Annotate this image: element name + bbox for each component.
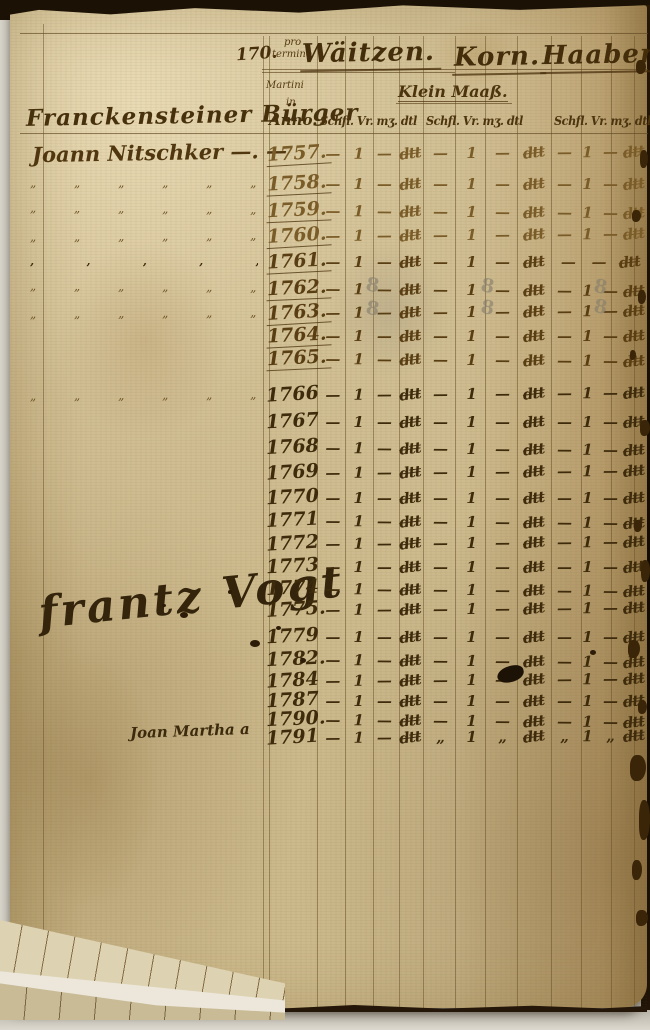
entry-token: 1 xyxy=(346,175,372,193)
entry-token: — xyxy=(599,462,622,480)
entry-token: — xyxy=(425,513,456,531)
ditto-abbrev: dtt xyxy=(621,488,646,509)
entry-token: — xyxy=(320,304,346,322)
entry-token: — xyxy=(320,280,346,298)
entry-token: 1 xyxy=(346,350,372,368)
grain-entry: —1—dtt xyxy=(425,670,549,689)
entry-token: — xyxy=(320,464,346,482)
year-value: 1771 xyxy=(266,508,320,532)
ditto-abbrev: dtt xyxy=(621,725,646,746)
ditto-abbrev: dtt xyxy=(517,301,550,323)
entry-token: — xyxy=(487,327,518,345)
grain-entry: —1—dtt xyxy=(320,175,423,193)
term-note-pro: pro xyxy=(284,37,301,48)
entry-token: — xyxy=(425,327,456,345)
ditto-abbrev: dtt xyxy=(396,349,424,370)
ditto-marks: „ „ „ „ „ „ „ xyxy=(30,228,258,244)
entry-token: 1 xyxy=(346,558,372,576)
entry-token: — xyxy=(320,175,346,193)
entry-token: — xyxy=(320,413,346,431)
grain-entry: —1—dtt xyxy=(320,651,423,670)
ditto-abbrev: dtt xyxy=(396,533,424,554)
entry-token: — xyxy=(599,327,622,345)
ditto-abbrev: dtt xyxy=(396,201,424,222)
grain-entry: —1—dtt xyxy=(553,384,645,403)
entry-token: — xyxy=(425,413,456,431)
ink-speck xyxy=(300,658,306,663)
ditto-abbrev: dtt xyxy=(517,325,550,347)
ditto-abbrev: dtt xyxy=(517,556,550,578)
grain-entry: —1—dtt xyxy=(320,439,423,458)
grain-entry: —1—dtt xyxy=(320,580,423,599)
year-value: 1772 xyxy=(265,531,319,556)
entry-token: — xyxy=(320,672,346,690)
entry-token: — xyxy=(487,440,518,458)
grain-entry: —1—dtt xyxy=(553,225,645,244)
entry-token: — xyxy=(553,143,576,161)
grain-entry: —1—dtt xyxy=(320,202,423,221)
grain-entry: —1—dtt xyxy=(425,351,549,370)
entry-token: — xyxy=(320,145,346,163)
entry-token: — xyxy=(425,463,456,481)
entry-token: — xyxy=(599,628,622,646)
entry-token: — xyxy=(599,441,622,459)
entry-token: — xyxy=(487,513,518,531)
sub-header-klein-maass: Klein Maaß. xyxy=(398,82,508,102)
torn-edge-bit xyxy=(636,910,648,926)
entry-token: 1 xyxy=(346,512,372,530)
ink-speck xyxy=(228,590,232,594)
grain-entry: —1—dtt xyxy=(553,462,645,481)
entry-token: 1 xyxy=(346,464,372,482)
grain-entry: —1—dtt xyxy=(320,671,423,690)
entry-token: 1 xyxy=(346,253,372,271)
ditto-marks: „ „ „ „ „ „ „ „ xyxy=(30,387,258,403)
entry-token: 1 xyxy=(576,225,599,243)
entry-token: 1 xyxy=(456,692,487,710)
entry-token: — xyxy=(371,144,397,162)
ledger-row: „ „ „ „ „ „ „1758.—1—dtt—1—dtt—1—dtt xyxy=(0,172,650,196)
entry-token: — xyxy=(372,253,398,271)
entry-token: — xyxy=(320,350,346,368)
ditto-abbrev: dtt xyxy=(517,411,550,433)
ink-speck xyxy=(162,604,166,607)
entry-token: — xyxy=(320,729,346,747)
entry-token: 1 xyxy=(346,601,372,619)
horizontal-rule xyxy=(20,33,648,34)
grain-entry: —1—dtt xyxy=(425,384,549,403)
ditto-abbrev: dtt xyxy=(396,173,424,194)
entry-token: — xyxy=(371,600,397,618)
entry-token: — xyxy=(320,327,346,345)
entry-token: — xyxy=(599,225,622,243)
entry-token: — xyxy=(599,204,622,222)
grain-entry: —1—dtt xyxy=(553,670,645,689)
ledger-row: 1779—1—dtt—1—dtt—1—dtt xyxy=(0,625,650,649)
measure-header-wheat: Schfl. Vr. mʒ. dtl xyxy=(320,114,417,128)
entry-token: 1 xyxy=(576,204,599,222)
entry-token: 1 xyxy=(576,670,599,688)
entry-token: — xyxy=(553,282,576,300)
entry-token: — xyxy=(599,692,622,710)
entry-token: — xyxy=(425,692,456,710)
entry-token: — xyxy=(553,384,576,402)
entry-token: — xyxy=(372,327,398,345)
entry-token: 1 xyxy=(456,558,487,576)
entry-token: — xyxy=(599,143,622,161)
scanned-ledger-page: 170. pro termino Martini in Wäitzen. Kor… xyxy=(0,0,650,1030)
entry-token: — xyxy=(553,462,576,480)
entry-token: — xyxy=(320,439,346,457)
year-value: 1767 xyxy=(265,409,319,434)
entry-token: 1 xyxy=(456,413,487,431)
ditto-abbrev: dtt xyxy=(517,251,550,273)
ditto-abbrev: dtt xyxy=(396,325,424,346)
entry-token: — xyxy=(487,558,518,576)
grain-entry: —1—dtt xyxy=(425,599,549,618)
grain-entry: —1—dtt xyxy=(320,600,423,619)
ditto-abbrev: dtt xyxy=(396,670,424,691)
entry-token: — xyxy=(372,413,398,431)
column-header-wheat: Wäitzen. xyxy=(300,37,441,72)
entry-token: — xyxy=(371,350,397,368)
ledger-row: 1791—1—dtt„1„dtt„1„dtt xyxy=(0,724,650,753)
grain-entry: —1—dtt8 xyxy=(553,302,645,321)
entry-token: 1 xyxy=(456,327,487,345)
ditto-abbrev: dtt xyxy=(517,461,550,483)
entry-token: — xyxy=(599,352,622,370)
grain-entry: —1—dtt xyxy=(553,558,645,576)
entry-token: — xyxy=(553,670,576,688)
entry-token: — xyxy=(320,227,346,245)
grain-entry: —1—dtt xyxy=(320,226,423,245)
entry-token: — xyxy=(371,728,397,746)
entry-token: — xyxy=(425,534,456,552)
entry-token: — xyxy=(425,671,456,689)
ditto-abbrev: dtt xyxy=(396,727,424,748)
grain-entry: —1—dtt xyxy=(553,413,645,431)
ditto-abbrev: dtt xyxy=(396,487,424,508)
ditto-abbrev: dtt xyxy=(396,462,424,483)
entry-token: — xyxy=(425,440,456,458)
entry-token: 1 xyxy=(456,226,487,244)
entry-token: — xyxy=(371,534,397,552)
entry-token: — xyxy=(371,463,397,481)
grain-entry: —1—dtt xyxy=(320,327,423,345)
ledger-row: 1770—1—dtt—1—dtt—1—dtt xyxy=(0,486,650,510)
ledger-row: 1767—1—dtt—1—dtt—1—dtt xyxy=(0,410,650,434)
ditto-abbrev: dtt xyxy=(621,531,646,552)
year-value: 1773 xyxy=(265,554,319,579)
ledger-row: 1757.—1—dtt—1—dtt—1—dtt xyxy=(0,140,650,169)
ledger-row: 1772—1—dtt—1—dtt—1—dtt xyxy=(0,530,650,559)
entry-token: — xyxy=(425,385,456,403)
anno-column-label: Anno. xyxy=(269,111,317,129)
entry-token: 1 xyxy=(456,175,487,193)
ditto-abbrev: dtt xyxy=(396,279,424,300)
entry-token: „ xyxy=(487,728,518,746)
ledger-row: 1775.—1—dtt—1—dtt—1—dtt xyxy=(0,596,650,625)
ditto-abbrev: dtt xyxy=(517,439,550,460)
grain-entry: —1—dtt xyxy=(553,175,645,193)
entry-token: — xyxy=(425,489,456,507)
entry-token: — xyxy=(371,385,397,403)
ditto-abbrev: dtt xyxy=(517,383,550,405)
grain-entry: —1—dtt xyxy=(425,203,549,222)
entry-token: — xyxy=(487,600,518,618)
grain-entry: —1—dtt xyxy=(320,253,423,271)
grain-entry: —1—dtt xyxy=(320,489,423,507)
entry-token: — xyxy=(320,580,346,598)
entry-token: — xyxy=(553,599,576,617)
ditto-marks: „ „ „ „ „ „ „ xyxy=(30,176,258,190)
entry-token: 1 xyxy=(576,327,599,345)
ledger-row: „ „ „ „ „ „ „ „1766—1—dtt—1—dtt—1—dtt xyxy=(0,381,650,410)
grain-entry: —1—dtt xyxy=(553,533,645,552)
ditto-marks: „ „ „ „ „ „ „ xyxy=(30,279,258,295)
entry-token: — xyxy=(425,351,456,369)
entry-token: „ xyxy=(425,728,456,746)
ledger-row: 1769—1—dtt—1—dtt—1—dtt xyxy=(0,459,650,488)
grain-entry: —1—dtt xyxy=(320,534,423,553)
column-header-oats: Haaber. xyxy=(540,39,650,74)
grain-entry: —1—dtt xyxy=(320,144,423,163)
entry-token: — xyxy=(320,601,346,619)
year-value: 1791 xyxy=(265,725,319,750)
entry-token: 1 xyxy=(346,672,372,690)
grain-entry: —1—dtt xyxy=(425,253,549,271)
torn-edge-bit xyxy=(639,800,650,840)
entry-token: 1 xyxy=(576,143,599,161)
grain-entry: —1—dtt xyxy=(425,489,549,507)
grain-entry: „1„dtt xyxy=(425,727,549,746)
ditto-abbrev: dtt xyxy=(517,142,550,164)
entry-token: — xyxy=(372,489,398,507)
year-value: 1775. xyxy=(265,596,326,621)
entry-token: 1 xyxy=(576,352,599,370)
entry-token: 1 xyxy=(576,175,599,193)
entry-token: 1 xyxy=(576,692,599,710)
ditto-abbrev: dtt xyxy=(396,511,424,532)
entry-token: 1 xyxy=(346,145,372,163)
ditto-abbrev: dtt xyxy=(517,726,550,748)
grain-entry: —1—dtt xyxy=(320,558,423,576)
entry-token: 1 xyxy=(576,462,599,480)
ditto-abbrev: dtt xyxy=(621,382,646,403)
entry-token: 1 xyxy=(576,384,599,402)
entry-token: „ xyxy=(553,727,576,745)
entry-token: 1 xyxy=(456,351,487,369)
horizontal-rule xyxy=(20,133,648,134)
ink-speck xyxy=(590,650,596,655)
entry-token: — xyxy=(425,558,456,576)
ditto-marks: „ „ „ „ „ „ „ xyxy=(30,305,258,321)
ditto-abbrev: dtt xyxy=(396,626,424,647)
grain-entry: —1—dtt xyxy=(425,628,549,646)
entry-token: — xyxy=(425,600,456,618)
grain-entry: —1—dtt xyxy=(425,413,549,431)
entry-token: — xyxy=(371,580,397,598)
ditto-marks: „ „ „ „ „ „ „ xyxy=(30,201,258,217)
grain-entry: —1—dtt xyxy=(553,599,645,618)
entry-token: 1 xyxy=(346,729,372,747)
entry-token: — xyxy=(599,384,622,402)
grain-entry: —1—dtt xyxy=(553,489,645,507)
folded-corner-pages xyxy=(0,898,285,1020)
ditto-abbrev: dtt xyxy=(396,143,424,164)
entry-token: „ xyxy=(599,727,622,745)
grain-entry: —1—dtt xyxy=(320,413,423,431)
entry-token: 1 xyxy=(346,628,372,646)
entry-token: — xyxy=(371,512,397,530)
entry-token: — xyxy=(553,558,576,576)
ditto-abbrev: dtt xyxy=(396,384,424,405)
grain-entry: —1—dtt xyxy=(320,385,423,404)
entry-token: — xyxy=(320,651,346,669)
entry-token: 1 xyxy=(576,413,599,431)
grain-entry: —1—dtt xyxy=(425,692,549,710)
entry-token: 1 xyxy=(576,599,599,617)
entry-token: — xyxy=(487,253,518,271)
grain-entry: —1—dtt xyxy=(425,143,549,162)
grain-entry: —1—dtt xyxy=(425,462,549,481)
column-header-rye: Korn. xyxy=(452,41,547,76)
ditto-abbrev: dtt xyxy=(517,280,550,301)
year-value: 1768 xyxy=(266,435,320,459)
horizontal-rule xyxy=(262,72,455,73)
entry-token: — xyxy=(425,175,456,193)
grain-entry: —1—dtt xyxy=(320,628,423,646)
entry-token: 1 xyxy=(456,600,487,618)
measure-header-rye: Schfl. Vr. mʒ. dtl xyxy=(426,114,543,128)
entry-token: — xyxy=(553,628,576,646)
entry-token: — xyxy=(599,533,622,551)
entry-token: — xyxy=(371,226,397,244)
entry-token: — xyxy=(372,175,398,193)
ditto-abbrev: dtt xyxy=(621,597,646,618)
entry-token: — xyxy=(320,558,346,576)
entry-token: — xyxy=(553,413,576,431)
grain-entry: —1—dtt8 xyxy=(320,280,423,299)
entry-token: — xyxy=(487,413,518,431)
grain-entry: —1—dtt xyxy=(553,327,645,345)
entry-token: — xyxy=(553,533,576,551)
ditto-abbrev: dtt xyxy=(517,173,550,195)
entry-token: — xyxy=(371,671,397,689)
entry-token: 1 xyxy=(346,327,372,345)
entry-token: — xyxy=(553,204,576,222)
entry-token: 1 xyxy=(456,253,487,271)
ditto-abbrev: dtt xyxy=(517,532,550,554)
entry-token: — xyxy=(599,175,622,193)
entry-token: — xyxy=(599,489,622,507)
grain-entry: ——dtt xyxy=(553,253,645,271)
entry-token: 1 xyxy=(346,386,372,404)
entry-token: 1 xyxy=(346,202,372,220)
ditto-abbrev: dtt xyxy=(396,251,424,272)
entry-token: — xyxy=(487,226,518,244)
entry-token: 1 xyxy=(346,413,372,431)
entry-token: — xyxy=(320,489,346,507)
entry-token: 1 xyxy=(576,628,599,646)
entry-token: — xyxy=(320,628,346,646)
ditto-abbrev: dtt xyxy=(396,599,424,620)
ditto-abbrev: dtt xyxy=(517,598,550,620)
entry-token: 1 xyxy=(456,440,487,458)
entry-token: — xyxy=(425,628,456,646)
entry-token: — xyxy=(320,386,346,404)
entry-token: 1 xyxy=(456,489,487,507)
term-note-martini: Martini xyxy=(266,80,304,91)
entry-token: — xyxy=(371,651,397,669)
entry-token: — xyxy=(425,203,456,221)
ink-speck xyxy=(250,640,260,647)
ditto-abbrev: dtt xyxy=(517,224,550,246)
ditto-abbrev: dtt xyxy=(517,202,550,223)
ditto-abbrev: dtt xyxy=(517,350,550,371)
entry-token: — xyxy=(425,144,456,162)
ditto-abbrev: dtt xyxy=(621,668,646,689)
grain-entry: —1—dtt xyxy=(425,327,549,345)
ditto-abbrev: dtt xyxy=(621,223,646,244)
entry-token: — xyxy=(553,225,576,243)
entry-token: 1 xyxy=(576,441,599,459)
grain-entry: —1—dtt xyxy=(553,143,645,162)
grain-entry: —1—dtt xyxy=(425,175,549,193)
grain-entry: —1—dtt xyxy=(425,558,549,576)
entry-token: — xyxy=(553,692,576,710)
grain-entry: —1—dtt xyxy=(425,513,549,532)
entry-token: — xyxy=(487,489,518,507)
grain-entry: —1—dtt xyxy=(320,728,423,747)
entry-token: — xyxy=(320,535,346,553)
entry-token: 1 xyxy=(576,489,599,507)
year-value: 1769 xyxy=(265,460,319,485)
entry-token: — xyxy=(599,670,622,688)
entry-token: 1 xyxy=(346,580,372,598)
entry-token: — xyxy=(487,534,518,552)
ledger-row: „ „ „ „ „ „ „1759.—1—dtt—1—dtt—1—dtt xyxy=(0,197,650,226)
entry-token: — xyxy=(599,413,622,431)
entry-token: 1 xyxy=(456,385,487,403)
ledger-row: ‚ ‚ ‚ ‚ ‚ ‚1761.—1—dtt—1—dtt——dtt xyxy=(0,250,650,274)
entry-token: — xyxy=(553,352,576,370)
year-value: 1779 xyxy=(265,624,319,649)
entry-token: — xyxy=(425,253,456,271)
torn-edge-bit xyxy=(632,860,642,880)
ledger-row: 1768—1—dtt—1—dtt—1—dtt xyxy=(0,434,650,463)
entry-token: 1 xyxy=(456,671,487,689)
ditto-abbrev: dtt xyxy=(621,440,646,461)
ditto-abbrev: dtt xyxy=(396,438,424,459)
entry-token: — xyxy=(487,144,518,162)
grain-entry: —1—dtt xyxy=(320,463,423,482)
entry-token: — xyxy=(553,441,576,459)
entry-token: — xyxy=(487,385,518,403)
entry-token: 1 xyxy=(346,439,372,457)
ditto-abbrev: dtt xyxy=(613,251,646,273)
grain-entry: —1—dtt8 xyxy=(425,302,549,321)
entry-token: — xyxy=(599,558,622,576)
entry-token: — xyxy=(553,302,576,320)
entry-token: — xyxy=(372,628,398,646)
torn-edge-bit xyxy=(640,150,648,168)
ditto-abbrev: dtt xyxy=(517,487,550,509)
entry-token: — xyxy=(553,253,584,271)
entry-token: 1 xyxy=(456,728,487,746)
entry-token: — xyxy=(372,692,398,710)
entry-token: — xyxy=(320,202,346,220)
